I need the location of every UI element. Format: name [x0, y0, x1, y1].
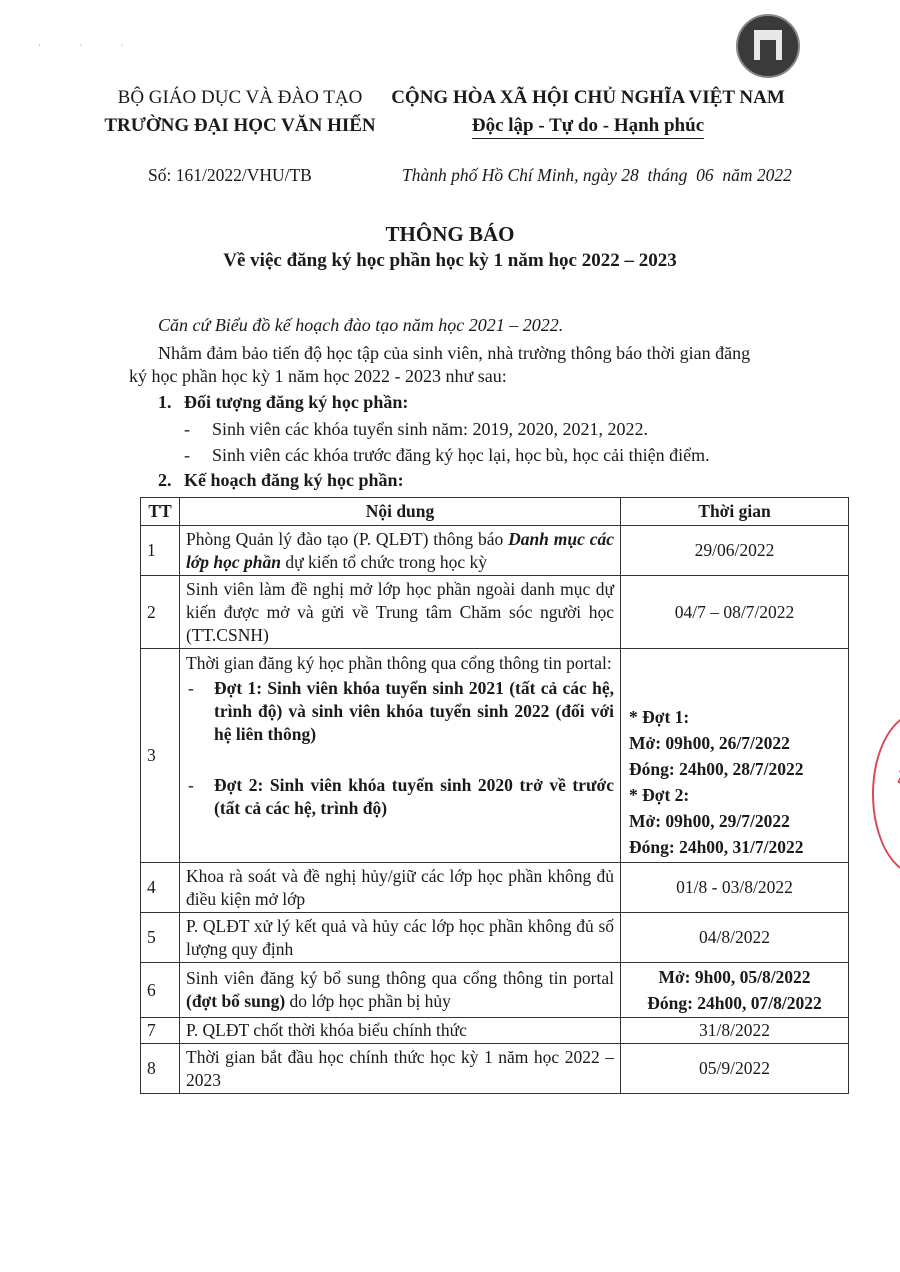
time-line: Mở: 9h00, 05/8/2022 — [627, 964, 842, 990]
content-text: Sinh viên đăng ký bổ sung thông qua cổng… — [186, 968, 614, 988]
intro-line-1: Nhằm đảm bảo tiến độ học tập của sinh vi… — [158, 343, 750, 364]
table-row: 2 Sinh viên làm đề nghị mở lớp học phần … — [141, 576, 849, 649]
ministry-name: BỘ GIÁO DỤC VÀ ĐÀO TẠO — [100, 84, 380, 112]
row-number: 7 — [141, 1018, 180, 1044]
section-title: Kế hoạch đăng ký học phần: — [184, 470, 404, 490]
university-name: TRƯỜNG ĐẠI HỌC VĂN HIẾN — [100, 112, 380, 140]
official-red-stamp: BỘ GIÁO — [872, 712, 900, 876]
section-1-heading: 1.Đối tượng đăng ký học phần: — [158, 392, 408, 413]
time-line: Đóng: 24h00, 31/7/2022 — [629, 834, 842, 860]
national-motto: Độc lập - Tự do - Hạnh phúc — [472, 114, 704, 139]
row-number: 4 — [141, 863, 180, 913]
time-line: Đóng: 24h00, 07/8/2022 — [627, 990, 842, 1016]
row-number: 5 — [141, 913, 180, 963]
content-text: Phòng Quản lý đào tạo (P. QLĐT) thông bá… — [186, 529, 508, 549]
sub-item-dot-2: -Đợt 2: Sinh viên khóa tuyển sinh 2020 t… — [186, 774, 614, 820]
scan-specks: · · · — [38, 40, 142, 50]
column-header-time: Thời gian — [621, 498, 849, 526]
national-header: CỘNG HÒA XÃ HỘI CHỦ NGHĨA VIỆT NAM Độc l… — [378, 84, 798, 140]
time-line: Mở: 09h00, 29/7/2022 — [629, 808, 842, 834]
table-row: 3 Thời gian đăng ký học phần thông qua c… — [141, 649, 849, 863]
row-number: 8 — [141, 1044, 180, 1094]
sub-item-text: Đợt 1: Sinh viên khóa tuyển sinh 2021 (t… — [214, 677, 614, 746]
table-row: 5 P. QLĐT xử lý kết quả và hủy các lớp h… — [141, 913, 849, 963]
time-line: * Đợt 2: — [629, 782, 842, 808]
list-item-text: Sinh viên các khóa trước đăng ký học lại… — [212, 445, 710, 465]
row-content: Thời gian đăng ký học phần thông qua cổn… — [180, 649, 621, 863]
table-row: 7 P. QLĐT chốt thời khóa biểu chính thức… — [141, 1018, 849, 1044]
row-content: Khoa rà soát và đề nghị hủy/giữ các lớp … — [180, 863, 621, 913]
row-time: * Đợt 1: Mở: 09h00, 26/7/2022 Đóng: 24h0… — [621, 649, 849, 863]
row-content: Thời gian bắt đầu học chính thức học kỳ … — [180, 1044, 621, 1094]
row-number: 1 — [141, 526, 180, 576]
content-text: Thời gian đăng ký học phần thông qua cổn… — [186, 652, 614, 675]
list-item: -Sinh viên các khóa trước đăng ký học lạ… — [184, 445, 710, 466]
row-number: 2 — [141, 576, 180, 649]
table-header-row: TT Nội dung Thời gian — [141, 498, 849, 526]
section-number: 1. — [158, 392, 184, 413]
column-header-content: Nội dung — [180, 498, 621, 526]
section-title: Đối tượng đăng ký học phần: — [184, 392, 408, 412]
document-title: THÔNG BÁO — [0, 222, 900, 247]
row-time: 31/8/2022 — [621, 1018, 849, 1044]
document-subtitle: Về việc đăng ký học phần học kỳ 1 năm họ… — [0, 250, 900, 272]
document-date: Thành phố Hồ Chí Minh, ngày 28 tháng 06 … — [402, 165, 792, 186]
time-line: Mở: 09h00, 26/7/2022 — [629, 730, 842, 756]
row-number: 6 — [141, 963, 180, 1018]
row-time: Mở: 9h00, 05/8/2022 Đóng: 24h00, 07/8/20… — [621, 963, 849, 1018]
sub-item-dot-1: -Đợt 1: Sinh viên khóa tuyển sinh 2021 (… — [186, 677, 614, 746]
time-line: Đóng: 24h00, 28/7/2022 — [629, 756, 842, 782]
row-number: 3 — [141, 649, 180, 863]
row-content: Sinh viên làm đề nghị mở lớp học phần ng… — [180, 576, 621, 649]
row-time: 01/8 - 03/8/2022 — [621, 863, 849, 913]
dash-bullet-icon: - — [184, 445, 212, 466]
dash-bullet-icon: - — [184, 419, 212, 440]
table-row: 1 Phòng Quản lý đào tạo (P. QLĐT) thông … — [141, 526, 849, 576]
logo-gate-arch — [760, 40, 776, 60]
row-time: 04/7 – 08/7/2022 — [621, 576, 849, 649]
dash-bullet-icon: - — [186, 774, 214, 820]
row-content: Phòng Quản lý đào tạo (P. QLĐT) thông bá… — [180, 526, 621, 576]
university-logo — [736, 14, 800, 78]
time-line: * Đợt 1: — [629, 704, 842, 730]
content-text: do lớp học phần bị hủy — [285, 991, 451, 1011]
column-header-tt: TT — [141, 498, 180, 526]
intro-line-2: ký học phần học kỳ 1 năm học 2022 - 2023… — [129, 366, 507, 387]
dash-bullet-icon: - — [186, 677, 214, 746]
row-time: 05/9/2022 — [621, 1044, 849, 1094]
section-2-heading: 2.Kế hoạch đăng ký học phần: — [158, 470, 404, 491]
row-time: 29/06/2022 — [621, 526, 849, 576]
section-number: 2. — [158, 470, 184, 491]
row-content: P. QLĐT chốt thời khóa biểu chính thức — [180, 1018, 621, 1044]
table-row: 6 Sinh viên đăng ký bổ sung thông qua cổ… — [141, 963, 849, 1018]
content-text: dự kiến tổ chức trong học kỳ — [281, 552, 487, 572]
content-emphasis: (đợt bổ sung) — [186, 991, 285, 1011]
stamp-text: BỘ GIÁO — [895, 734, 900, 788]
table-row: 4 Khoa rà soát và đề nghị hủy/giữ các lớ… — [141, 863, 849, 913]
country-name: CỘNG HÒA XÃ HỘI CHỦ NGHĨA VIỆT NAM — [378, 84, 798, 112]
list-item: -Sinh viên các khóa tuyển sinh năm: 2019… — [184, 419, 648, 440]
document-number: Số: 161/2022/VHU/TB — [148, 165, 312, 186]
list-item-text: Sinh viên các khóa tuyển sinh năm: 2019,… — [212, 419, 648, 439]
row-content: P. QLĐT xử lý kết quả và hủy các lớp học… — [180, 913, 621, 963]
row-content: Sinh viên đăng ký bổ sung thông qua cổng… — [180, 963, 621, 1018]
sub-item-text: Đợt 2: Sinh viên khóa tuyển sinh 2020 tr… — [214, 774, 614, 820]
basis-text: Căn cứ Biểu đồ kế hoạch đào tạo năm học … — [158, 315, 563, 336]
row-time: 04/8/2022 — [621, 913, 849, 963]
ministry-header: BỘ GIÁO DỤC VÀ ĐÀO TẠO TRƯỜNG ĐẠI HỌC VĂ… — [100, 84, 380, 140]
table-row: 8 Thời gian bắt đầu học chính thức học k… — [141, 1044, 849, 1094]
registration-plan-table: TT Nội dung Thời gian 1 Phòng Quản lý đà… — [140, 497, 849, 1094]
